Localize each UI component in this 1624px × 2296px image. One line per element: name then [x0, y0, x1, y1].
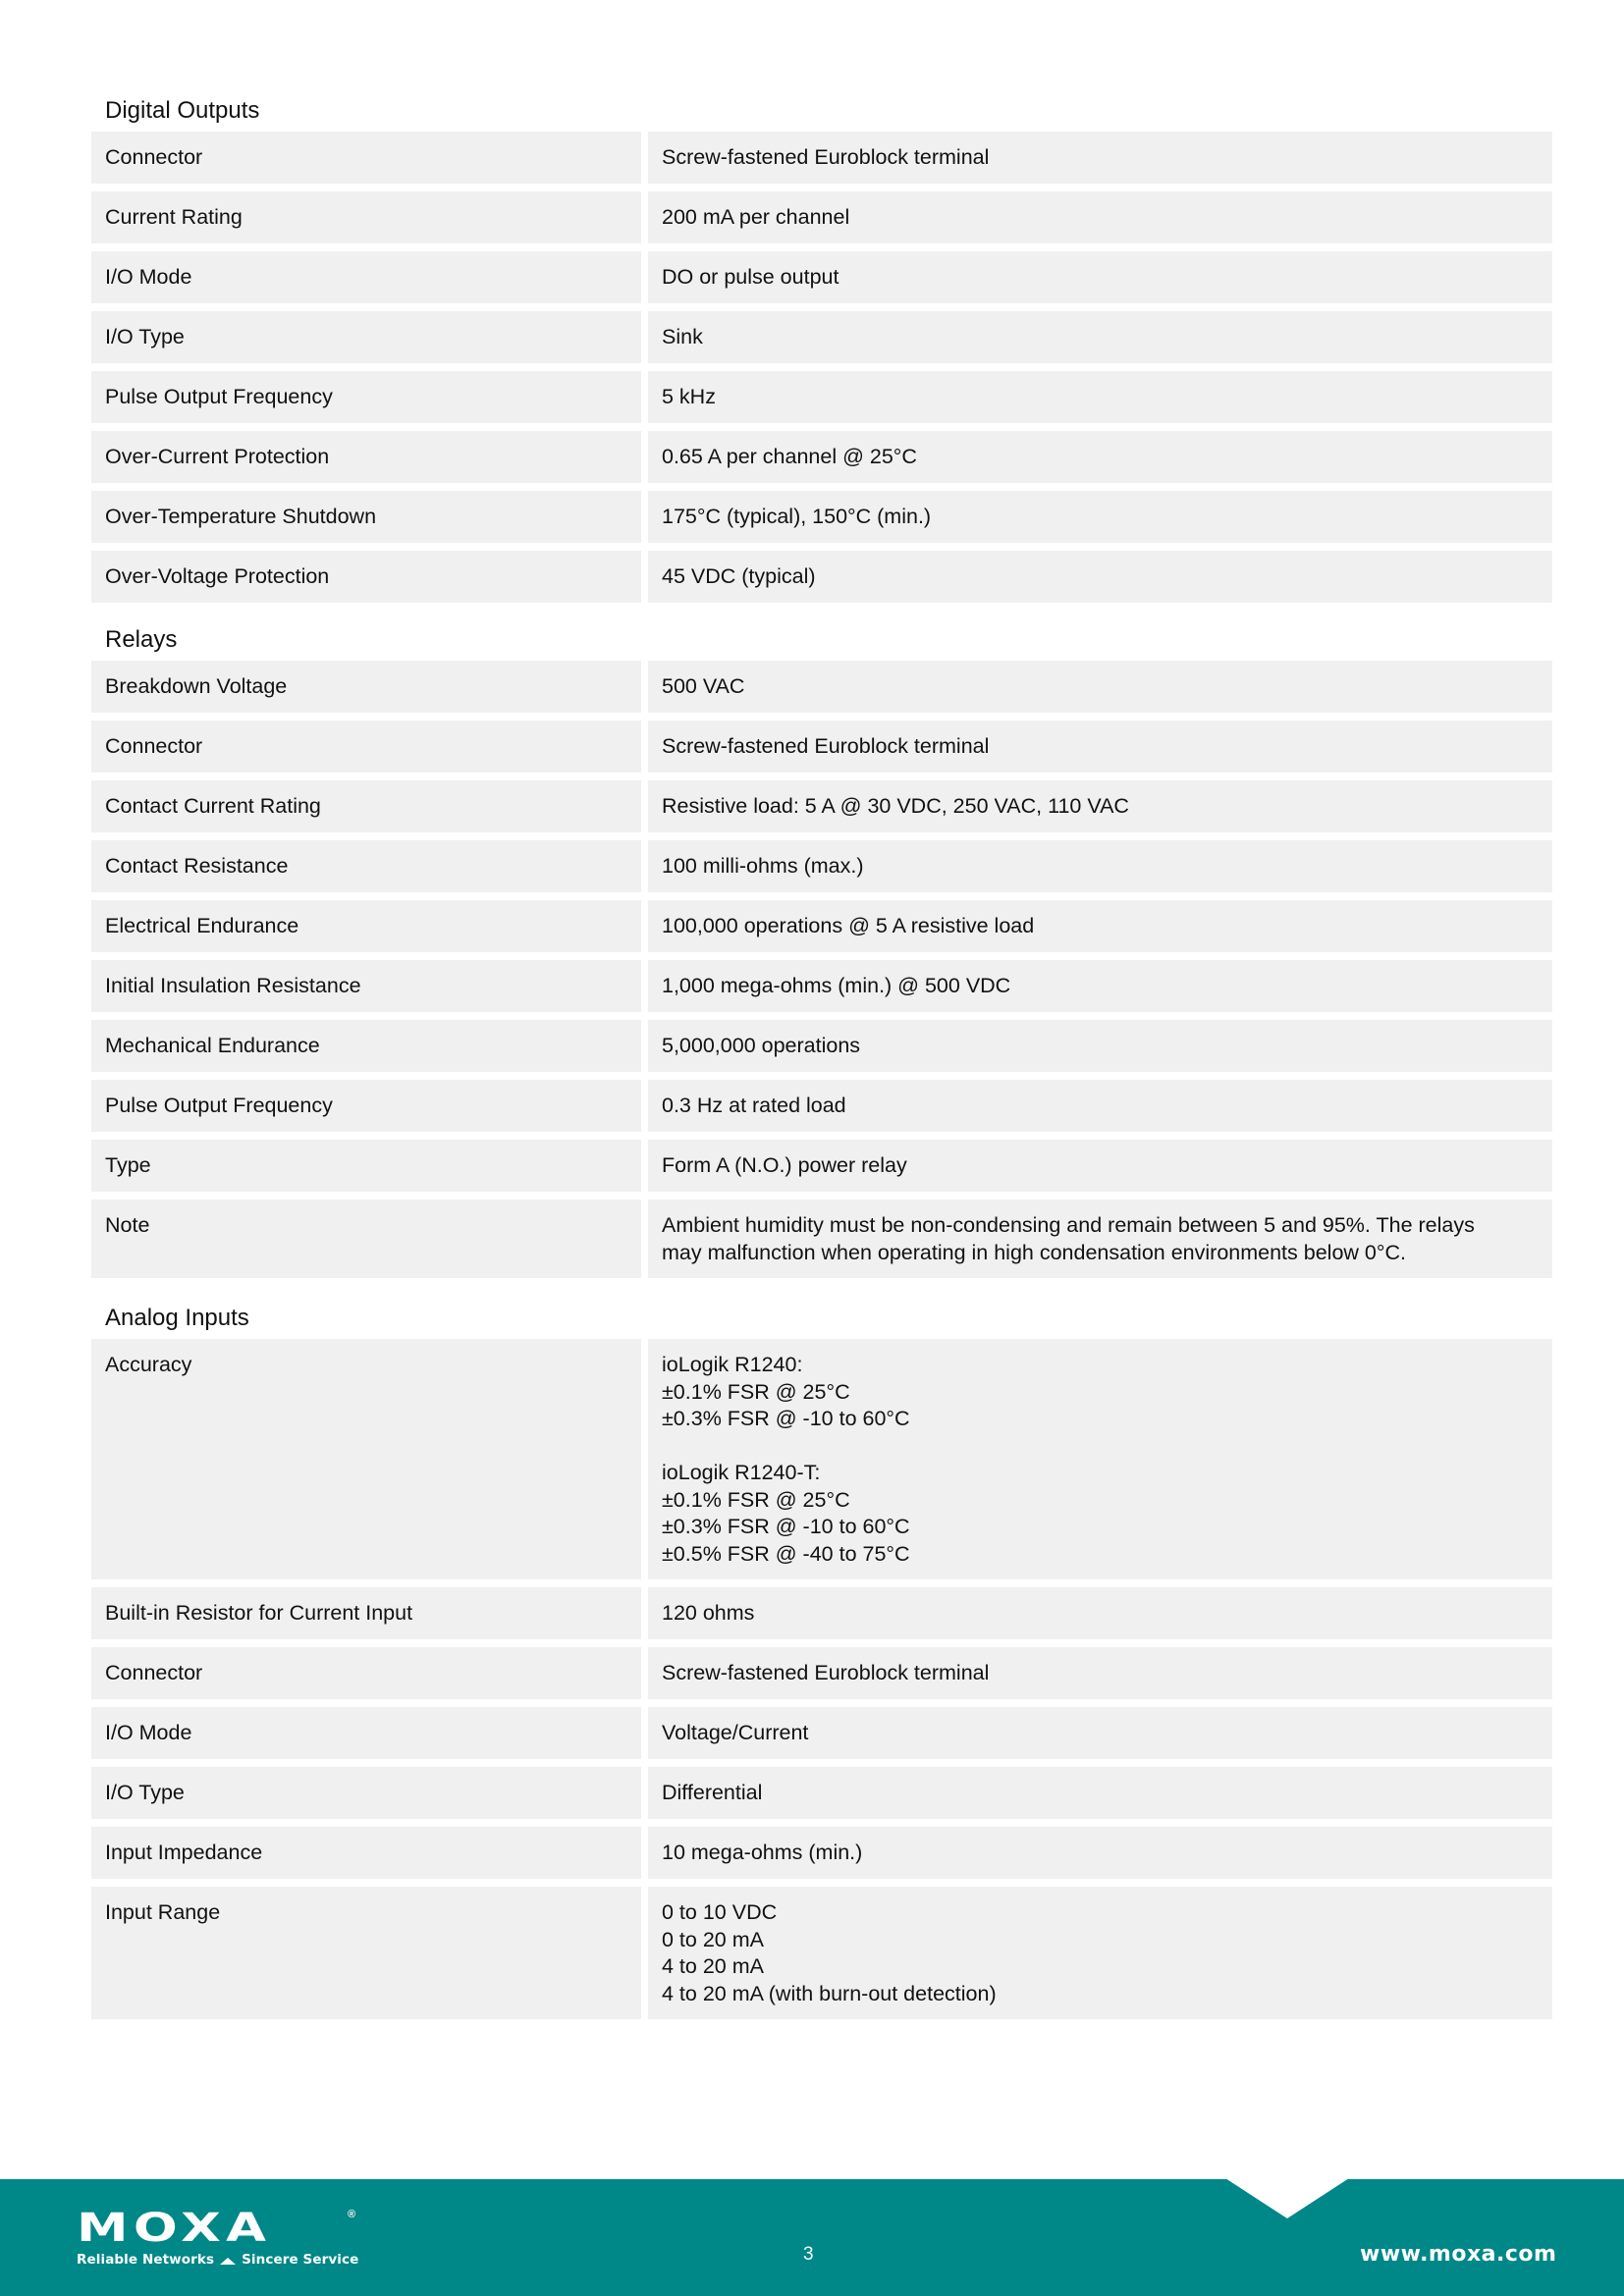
spec-value-line: Ambient humidity must be non-condensing … — [662, 1212, 1539, 1240]
spec-value: Resistive load: 5 A @ 30 VDC, 250 VAC, 1… — [648, 780, 1552, 832]
spec-label: Connector — [91, 132, 641, 184]
spec-label: Over-Current Protection — [91, 431, 641, 483]
spec-row: Initial Insulation Resistance1,000 mega-… — [91, 960, 1552, 1012]
spec-value-line: 120 ohms — [662, 1600, 1539, 1628]
spec-label: Connector — [91, 1647, 641, 1699]
tagline-left: Reliable Networks — [77, 2252, 214, 2268]
spec-value-line: 500 VAC — [662, 673, 1539, 701]
spec-label: Over-Voltage Protection — [91, 551, 641, 603]
spec-value-line: 10 mega-ohms (min.) — [662, 1840, 1539, 1867]
spec-value: 10 mega-ohms (min.) — [648, 1827, 1552, 1879]
spec-section: Digital OutputsConnectorScrew-fastened E… — [91, 91, 1552, 603]
spec-row: I/O ModeDO or pulse output — [91, 251, 1552, 303]
spec-value: 200 mA per channel — [648, 191, 1552, 243]
spec-label: Initial Insulation Resistance — [91, 960, 641, 1012]
spec-row: Electrical Endurance100,000 operations @… — [91, 900, 1552, 952]
spec-value: ioLogik R1240:±0.1% FSR @ 25°C±0.3% FSR … — [648, 1339, 1552, 1579]
spec-label: Type — [91, 1140, 641, 1192]
spec-value: 100 milli-ohms (max.) — [648, 840, 1552, 892]
moxa-logo: MOXA ® Reliable Networks Sincere Service — [77, 2209, 358, 2268]
spec-value-line: 4 to 20 mA — [662, 1953, 1539, 1981]
spec-value: 5,000,000 operations — [648, 1020, 1552, 1072]
section-title: Relays — [91, 620, 1552, 661]
spec-row: I/O TypeDifferential — [91, 1767, 1552, 1819]
spec-value-line: ioLogik R1240: — [662, 1352, 1539, 1379]
website-link[interactable]: www.moxa.com — [1360, 2243, 1556, 2267]
spec-value-line: 0 to 20 mA — [662, 1927, 1539, 1954]
spec-row: Current Rating200 mA per channel — [91, 191, 1552, 243]
spec-row: ConnectorScrew-fastened Euroblock termin… — [91, 132, 1552, 184]
spec-value: 100,000 operations @ 5 A resistive load — [648, 900, 1552, 952]
section-title: Digital Outputs — [91, 91, 1552, 132]
spec-value: 1,000 mega-ohms (min.) @ 500 VDC — [648, 960, 1552, 1012]
spec-label: Contact Resistance — [91, 840, 641, 892]
spec-row: Pulse Output Frequency0.3 Hz at rated lo… — [91, 1080, 1552, 1132]
spec-value: 5 kHz — [648, 371, 1552, 423]
spec-label: Note — [91, 1200, 641, 1278]
spec-value: Form A (N.O.) power relay — [648, 1140, 1552, 1192]
spec-value-line: Screw-fastened Euroblock terminal — [662, 144, 1539, 172]
spec-value-line: 0.3 Hz at rated load — [662, 1093, 1539, 1120]
spec-row: Mechanical Endurance5,000,000 operations — [91, 1020, 1552, 1072]
spec-value-line: Screw-fastened Euroblock terminal — [662, 1660, 1539, 1687]
spec-row: Input Impedance10 mega-ohms (min.) — [91, 1827, 1552, 1879]
spec-row: I/O TypeSink — [91, 311, 1552, 363]
spec-label: I/O Type — [91, 311, 641, 363]
spec-value-line: Screw-fastened Euroblock terminal — [662, 733, 1539, 761]
spec-value-line: 45 VDC (typical) — [662, 563, 1539, 591]
triangle-icon — [220, 2258, 236, 2265]
spec-value-line: DO or pulse output — [662, 264, 1539, 292]
spec-section: RelaysBreakdown Voltage500 VACConnectorS… — [91, 620, 1552, 1278]
spec-label: I/O Mode — [91, 1707, 641, 1759]
spec-value: 120 ohms — [648, 1587, 1552, 1639]
spec-value-line: Differential — [662, 1780, 1539, 1807]
spec-row: AccuracyioLogik R1240:±0.1% FSR @ 25°C±0… — [91, 1339, 1552, 1579]
spec-value: Ambient humidity must be non-condensing … — [648, 1200, 1552, 1278]
spec-value: 0.65 A per channel @ 25°C — [648, 431, 1552, 483]
spec-row: NoteAmbient humidity must be non-condens… — [91, 1200, 1552, 1278]
spec-label: Accuracy — [91, 1339, 641, 1579]
spec-row: Over-Temperature Shutdown175°C (typical)… — [91, 491, 1552, 543]
spec-table: Breakdown Voltage500 VACConnectorScrew-f… — [91, 661, 1552, 1278]
spec-label: Current Rating — [91, 191, 641, 243]
footer-notch-decoration — [1225, 2178, 1349, 2218]
spec-label: Electrical Endurance — [91, 900, 641, 952]
spec-value: 0.3 Hz at rated load — [648, 1080, 1552, 1132]
spec-value: Differential — [648, 1767, 1552, 1819]
spec-row: Pulse Output Frequency5 kHz — [91, 371, 1552, 423]
tagline-right: Sincere Service — [242, 2252, 358, 2268]
spec-label: I/O Type — [91, 1767, 641, 1819]
spec-table: ConnectorScrew-fastened Euroblock termin… — [91, 132, 1552, 603]
spec-value-line: ±0.1% FSR @ 25°C — [662, 1487, 1539, 1515]
section-title: Analog Inputs — [91, 1299, 1552, 1339]
spec-value: DO or pulse output — [648, 251, 1552, 303]
spec-value: Voltage/Current — [648, 1707, 1552, 1759]
spec-value: 0 to 10 VDC0 to 20 mA4 to 20 mA4 to 20 m… — [648, 1887, 1552, 2019]
spec-value: Screw-fastened Euroblock terminal — [648, 1647, 1552, 1699]
spec-label: Mechanical Endurance — [91, 1020, 641, 1072]
spec-label: Contact Current Rating — [91, 780, 641, 832]
spec-value-line: ±0.3% FSR @ -10 to 60°C — [662, 1514, 1539, 1541]
spec-row: Contact Current RatingResistive load: 5 … — [91, 780, 1552, 832]
spec-value: Screw-fastened Euroblock terminal — [648, 132, 1552, 184]
spec-row: I/O ModeVoltage/Current — [91, 1707, 1552, 1759]
logo-tagline: Reliable Networks Sincere Service — [77, 2252, 358, 2268]
spec-value-line: 100 milli-ohms (max.) — [662, 853, 1539, 881]
registered-mark: ® — [348, 2209, 355, 2220]
spec-label: Input Impedance — [91, 1827, 641, 1879]
spec-value: Sink — [648, 311, 1552, 363]
spec-value-line: 5,000,000 operations — [662, 1033, 1539, 1060]
spec-row: TypeForm A (N.O.) power relay — [91, 1140, 1552, 1192]
spec-label: Connector — [91, 721, 641, 773]
spec-label: I/O Mode — [91, 251, 641, 303]
spec-label: Built-in Resistor for Current Input — [91, 1587, 641, 1639]
spec-section: Analog InputsAccuracyioLogik R1240:±0.1%… — [91, 1299, 1552, 2019]
spec-value-line — [662, 1433, 1539, 1461]
spec-row: ConnectorScrew-fastened Euroblock termin… — [91, 721, 1552, 773]
spec-value-line: 1,000 mega-ohms (min.) @ 500 VDC — [662, 973, 1539, 1000]
spec-value: 175°C (typical), 150°C (min.) — [648, 491, 1552, 543]
logo-wordmark: MOXA — [77, 2209, 271, 2248]
spec-row: Over-Voltage Protection45 VDC (typical) — [91, 551, 1552, 603]
spec-label: Pulse Output Frequency — [91, 371, 641, 423]
spec-value-line: may malfunction when operating in high c… — [662, 1240, 1539, 1267]
spec-value-line: 0 to 10 VDC — [662, 1899, 1539, 1927]
spec-value-line: 200 mA per channel — [662, 204, 1539, 232]
spec-value-line: 0.65 A per channel @ 25°C — [662, 444, 1539, 471]
spec-value-line: ±0.1% FSR @ 25°C — [662, 1379, 1539, 1407]
spec-label: Breakdown Voltage — [91, 661, 641, 713]
spec-value-line: 175°C (typical), 150°C (min.) — [662, 504, 1539, 531]
spec-row: Over-Current Protection0.65 A per channe… — [91, 431, 1552, 483]
spec-row: ConnectorScrew-fastened Euroblock termin… — [91, 1647, 1552, 1699]
spec-label: Pulse Output Frequency — [91, 1080, 641, 1132]
spec-value-line: Form A (N.O.) power relay — [662, 1152, 1539, 1180]
spec-value-line: Sink — [662, 324, 1539, 351]
spec-value-line: ±0.3% FSR @ -10 to 60°C — [662, 1406, 1539, 1433]
spec-value: 45 VDC (typical) — [648, 551, 1552, 603]
spec-value-line: Voltage/Current — [662, 1720, 1539, 1747]
spec-value-line: ±0.5% FSR @ -40 to 75°C — [662, 1541, 1539, 1569]
spec-value-line: ioLogik R1240-T: — [662, 1460, 1539, 1487]
spec-value: Screw-fastened Euroblock terminal — [648, 721, 1552, 773]
page-number: 3 — [803, 2244, 814, 2266]
spec-label: Over-Temperature Shutdown — [91, 491, 641, 543]
spec-row: Input Range0 to 10 VDC0 to 20 mA4 to 20 … — [91, 1887, 1552, 2019]
spec-value-line: 5 kHz — [662, 384, 1539, 411]
spec-value-line: 4 to 20 mA (with burn-out detection) — [662, 1981, 1539, 2008]
spec-value: 500 VAC — [648, 661, 1552, 713]
spec-value-line: Resistive load: 5 A @ 30 VDC, 250 VAC, 1… — [662, 793, 1539, 821]
spec-row: Built-in Resistor for Current Input120 o… — [91, 1587, 1552, 1639]
spec-row: Contact Resistance100 milli-ohms (max.) — [91, 840, 1552, 892]
spec-value-line: 100,000 operations @ 5 A resistive load — [662, 913, 1539, 940]
spec-label: Input Range — [91, 1887, 641, 2019]
spec-row: Breakdown Voltage500 VAC — [91, 661, 1552, 713]
spec-table: AccuracyioLogik R1240:±0.1% FSR @ 25°C±0… — [91, 1339, 1552, 2019]
